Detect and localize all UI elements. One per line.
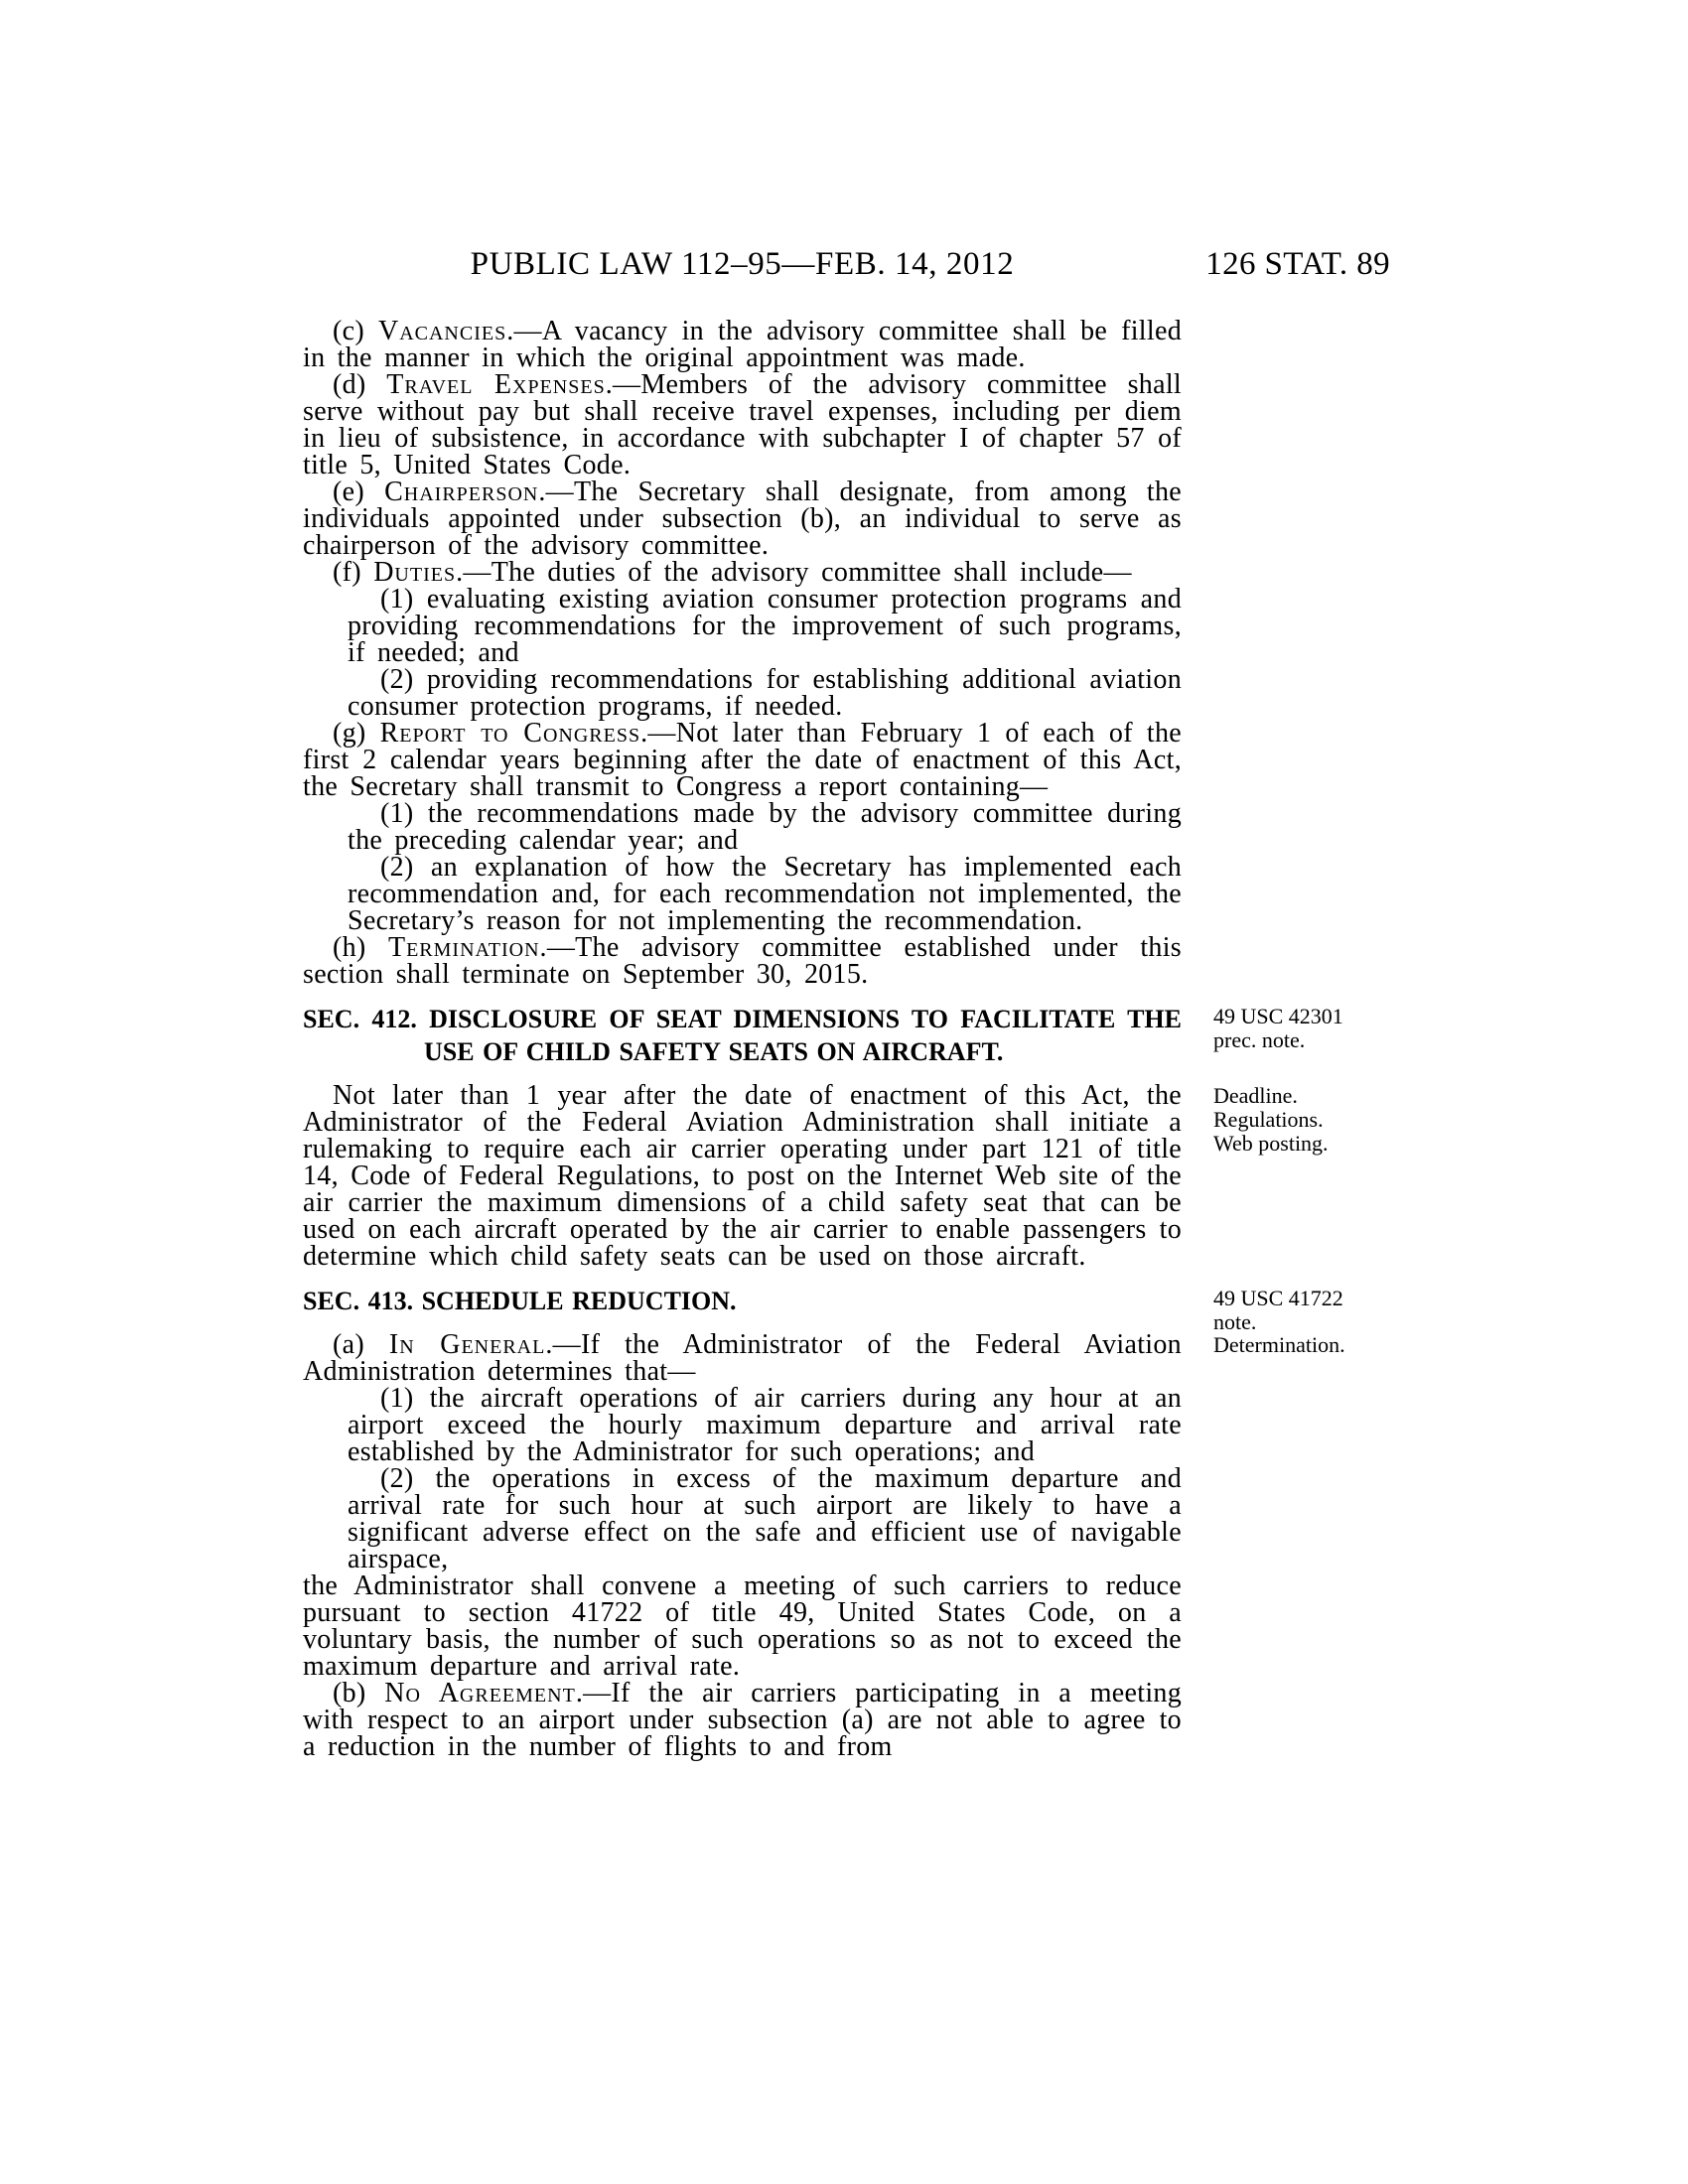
statute-text: (e) Chairperson.—The Secretary shall des… [303,478,1182,559]
subsection-caption: Travel Expenses [386,369,605,400]
paragraph-block: (d) Travel Expenses.—Members of the advi… [303,371,1182,478]
section-heading: SEC. 413. SCHEDULE REDUCTION. [303,1285,1182,1317]
margin-note-line: prec. note. [1213,1028,1407,1052]
margin-note: Deadline.Regulations.Web posting. [1213,1084,1407,1156]
subsection-label: (g) [333,718,380,749]
subsection-caption: Vacancies [378,316,506,346]
paragraph-block: the Administrator shall convene a meetin… [303,1572,1182,1680]
statute-text: (2) the operations in excess of the maxi… [348,1465,1182,1572]
statute-text: (1) evaluating existing aviation consume… [348,586,1182,666]
subsection-caption: Report to Congress [380,718,640,749]
subsection-label: (f) [333,557,373,588]
margin-note-line: Deadline. [1213,1084,1407,1108]
section-heading-block: SEC. 413. SCHEDULE REDUCTION.49 USC 4172… [303,1285,1182,1317]
margin-note-line: Web posting. [1213,1132,1407,1156]
statute-text: (b) No Agreement.—If the air carriers pa… [303,1680,1182,1760]
statute-text: (1) the aircraft operations of air carri… [348,1385,1182,1465]
page-header: PUBLIC LAW 112–95—FEB. 14, 2012 126 STAT… [303,246,1390,283]
subsection-label: (d) [333,369,386,400]
paragraph-block: Not later than 1 year after the date of … [303,1082,1182,1270]
paragraph-block: (b) No Agreement.—If the air carriers pa… [303,1680,1182,1760]
paragraph-block: (g) Report to Congress.—Not later than F… [303,720,1182,800]
paragraph-block: (f) Duties.—The duties of the advisory c… [303,559,1182,586]
statute-text: (g) Report to Congress.—Not later than F… [303,720,1182,800]
subsection-label: (e) [333,477,384,507]
margin-note: 49 USC 42301prec. note. [1213,1005,1407,1052]
margin-note-line: 49 USC 42301 [1213,1005,1407,1028]
statute-text: (f) Duties.—The duties of the advisory c… [303,559,1182,586]
subsection-label: (b) [333,1678,384,1708]
statute-text: (c) Vacancies.—A vacancy in the advisory… [303,318,1182,371]
paragraph-block: (c) Vacancies.—A vacancy in the advisory… [303,318,1182,371]
paragraph-block: (h) Termination.—The advisory committee … [303,934,1182,988]
law-title: PUBLIC LAW 112–95—FEB. 14, 2012 [303,246,1182,283]
paragraph-block: (2) an explanation of how the Secretary … [303,854,1182,934]
margin-note: Determination. [1213,1333,1407,1357]
subsection-label: (a) [333,1329,389,1360]
paragraph-block: (1) the recommendations made by the advi… [303,800,1182,854]
statute-text: (h) Termination.—The advisory committee … [303,934,1182,988]
subsection-caption: No Agreement [384,1678,576,1708]
statute-text: the Administrator shall convene a meetin… [303,1572,1182,1680]
margin-note-line: Regulations. [1213,1108,1407,1132]
margin-note-line: 49 USC 41722 [1213,1287,1407,1310]
paragraph-block: (a) In General.—If the Administrator of … [303,1331,1182,1385]
stat-page-number: 126 STAT. 89 [1182,246,1390,283]
subsection-caption: Termination [388,932,540,963]
section-heading: SEC. 412. DISCLOSURE OF SEAT DIMENSIONS … [303,1003,1182,1068]
paragraph-block: (1) the aircraft operations of air carri… [303,1385,1182,1465]
statute-text: (a) In General.—If the Administrator of … [303,1331,1182,1385]
paragraph-block: (2) the operations in excess of the maxi… [303,1465,1182,1572]
section-heading-block: SEC. 412. DISCLOSURE OF SEAT DIMENSIONS … [303,1003,1182,1068]
statute-text: (2) providing recommendations for establ… [348,666,1182,720]
statute-text: Not later than 1 year after the date of … [303,1082,1182,1270]
margin-note-line: Determination. [1213,1333,1407,1357]
statute-page: PUBLIC LAW 112–95—FEB. 14, 2012 126 STAT… [0,0,1688,2184]
paragraph-block: (2) providing recommendations for establ… [303,666,1182,720]
statute-text: (d) Travel Expenses.—Members of the advi… [303,371,1182,478]
statute-text: (2) an explanation of how the Secretary … [348,854,1182,934]
document-body: (c) Vacancies.—A vacancy in the advisory… [303,318,1182,1760]
subsection-caption: Chairperson [384,477,538,507]
subsection-label: (h) [333,932,388,963]
subsection-label: (c) [333,316,378,346]
margin-note-line: note. [1213,1310,1407,1334]
paragraph-block: (1) evaluating existing aviation consume… [303,586,1182,666]
paragraph-block: (e) Chairperson.—The Secretary shall des… [303,478,1182,559]
margin-note: 49 USC 41722note. [1213,1287,1407,1334]
subsection-caption: In General [389,1329,545,1360]
statute-text: (1) the recommendations made by the advi… [348,800,1182,854]
